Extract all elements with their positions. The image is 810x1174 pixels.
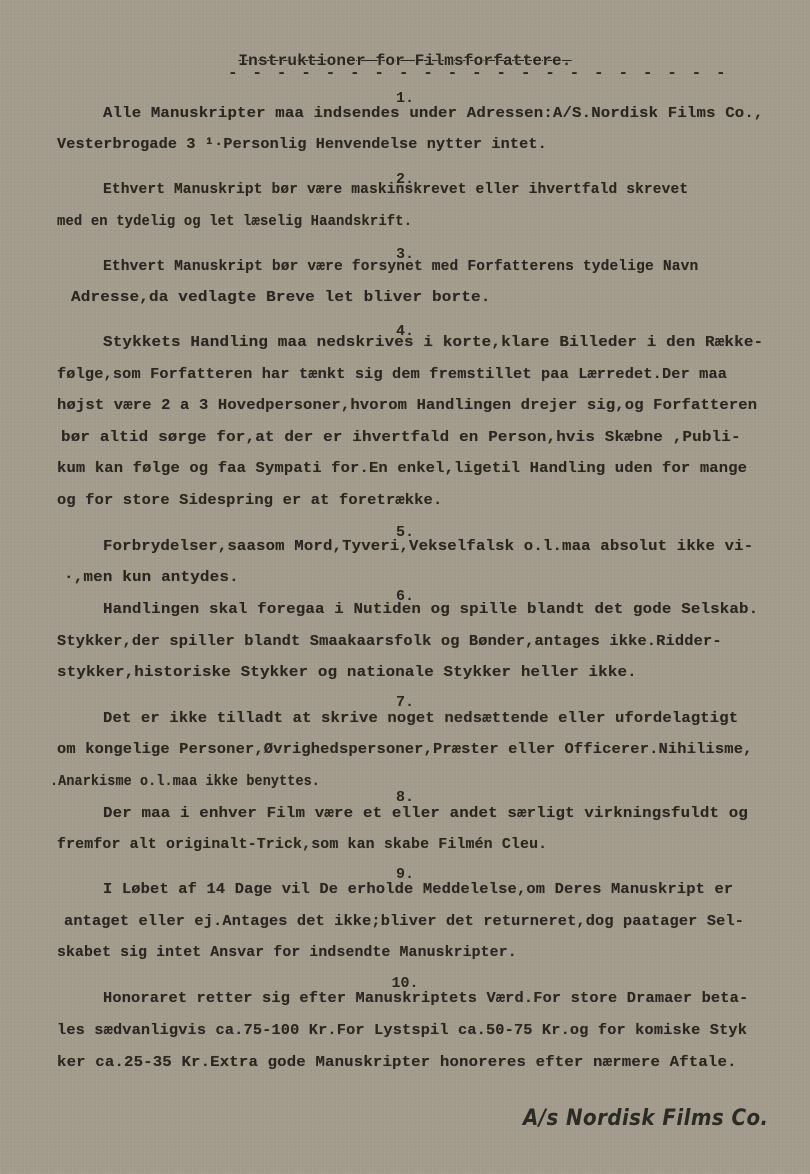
section-6-line-1: Handlingen skal foregaa i Nutiden og spi…	[103, 601, 758, 618]
section-5-line-1: Forbrydelser,saasom Mord,Tyveri,Vekselfa…	[103, 538, 753, 555]
section-10-line-3: ker ca.25-35 Kr.Extra gode Manuskripter …	[57, 1054, 737, 1071]
section-4-line-4: bør altid sørge for,at der er ihvertfald…	[61, 429, 741, 446]
section-number-7: 7.	[0, 694, 810, 711]
section-9-line-3: skabet sig intet Ansvar for indsendte Ma…	[57, 944, 517, 961]
section-2-line-2: med en tydelig og let læselig Haandskrif…	[57, 213, 412, 230]
section-2-line-1: Ethvert Manuskript bør være maskinskreve…	[103, 181, 688, 198]
section-3-line-1: Ethvert Manuskript bør være forsynet med…	[103, 258, 698, 275]
section-4-line-6: og for store Sidespring er at foretrække…	[57, 492, 442, 509]
section-4-line-5: kum kan følge og faa Sympati for.En enke…	[57, 460, 747, 477]
section-7-line-3: .Anarkisme o.l.maa ikke benyttes.	[50, 773, 320, 790]
title-dashed-rule: - - - - - - - - - - - - - - - - - - - - …	[228, 64, 574, 82]
section-8-line-1: Der maa i enhver Film være et eller ande…	[103, 805, 748, 822]
section-7-line-1: Det er ikke tilladt at skrive noget neds…	[103, 710, 738, 727]
section-9-line-1: I Løbet af 14 Dage vil De erholde Meddel…	[103, 881, 733, 898]
section-4-line-2: følge,som Forfatteren har tænkt sig dem …	[57, 366, 727, 383]
section-3-line-2: Adresse,da vedlagte Breve let bliver bor…	[71, 289, 490, 306]
company-signature: A/s Nordisk Films Co.	[523, 1106, 769, 1131]
section-10-line-1: Honoraret retter sig efter Manuskriptets…	[103, 990, 748, 1007]
section-number-8: 8.	[0, 789, 810, 806]
section-7-line-2: om kongelige Personer,Øvrighedspersoner,…	[57, 741, 753, 758]
document-page: Instruktioner for Filmsforfattere. - - -…	[0, 0, 810, 1174]
section-9-line-2: antaget eller ej.Antages det ikke;bliver…	[64, 913, 744, 930]
section-4-line-3: højst være 2 a 3 Hovedpersoner,hvorom Ha…	[57, 397, 757, 414]
section-1-line-2: Vesterbrogade 3 ¹·Personlig Henvendelse …	[57, 136, 547, 153]
section-6-line-3: stykker,historiske Stykker og nationale …	[57, 664, 637, 681]
section-5-line-2: ·,men kun antydes.	[64, 569, 239, 586]
section-4-line-1: Stykkets Handling maa nedskrives i korte…	[103, 334, 763, 351]
section-10-line-2: les sædvanligvis ca.75-100 Kr.For Lystsp…	[57, 1022, 747, 1039]
section-6-line-2: Stykker,der spiller blandt Smaakaarsfolk…	[57, 633, 722, 650]
section-8-line-2: fremfor alt originalt-Trick,som kan skab…	[57, 836, 547, 853]
section-1-line-1: Alle Manuskripter maa indsendes under Ad…	[103, 105, 764, 122]
